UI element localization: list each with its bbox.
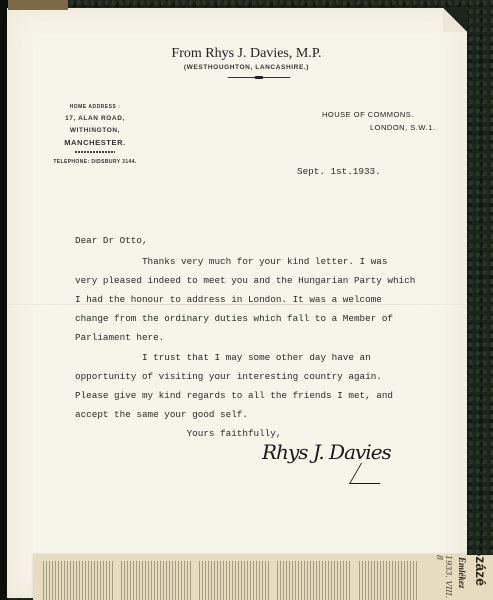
letter-date: Sept. 1st.1933. [297, 166, 381, 177]
home-address-line: 17, ALAN ROAD, [30, 113, 160, 125]
letter-closing: Yours faithfully, [75, 428, 281, 439]
letter-body-line: accept the same your good self. [75, 409, 248, 420]
clipping-text-column [359, 561, 419, 600]
letter-body-line: I had the honour to address in London. I… [75, 294, 382, 305]
home-address-block: HOME ADDRESS : 17, ALAN ROAD, WITHINGTON… [30, 104, 160, 165]
clipping-handwritten-date: 1933. VIII. 8 [435, 555, 453, 600]
home-address-label: HOME ADDRESS : [30, 104, 160, 110]
letter-body-line: I trust that I may some other day have a… [75, 352, 371, 363]
folded-corner [443, 8, 467, 32]
home-address-line: MANCHESTER. [30, 137, 160, 149]
clipping-text-column [121, 561, 193, 600]
home-address-line: WITHINGTON, [30, 125, 160, 137]
handwritten-signature: Rhys J. Davies [262, 440, 391, 464]
clipping-subhead: Emlékez [457, 557, 467, 589]
letter-body-line: very pleased indeed to meet you and the … [75, 275, 415, 286]
letter-body-line: Please give my kind regards to all the f… [75, 390, 393, 401]
office-address-line2: LONDON, S.W.1. [370, 123, 435, 132]
letterhead-ornament-rule [228, 77, 290, 78]
letter-body-line: change from the ordinary duties which fa… [75, 313, 393, 324]
clipping-text-column [199, 561, 271, 600]
office-address-block: HOUSE OF COMMONS. LONDON, S.W.1. [322, 110, 414, 119]
clipping-headline: Százé [473, 555, 489, 586]
clipping-text-column [43, 561, 113, 600]
letter-body-line: Parliament here. [75, 332, 164, 343]
clipping-text-column [277, 561, 351, 600]
telephone-line: TELEPHONE: DIDSBURY 3144. [30, 159, 160, 165]
letterhead-constituency: (WESTHOUGHTON, LANCASHIRE.) [0, 64, 493, 71]
newspaper-clipping: Emlékez 1933. VIII. 8 Százé [33, 555, 493, 600]
letterhead-sender: From Rhys J. Davies, M.P. [0, 46, 493, 62]
ornament-divider [75, 151, 115, 153]
letter-body-line: opportunity of visiting your interesting… [75, 371, 382, 382]
letter-body-line: Thanks very much for your kind letter. I… [75, 256, 387, 267]
letter-salutation: Dear Dr Otto, [75, 235, 148, 246]
office-address-line1: HOUSE OF COMMONS. [322, 110, 414, 119]
scan-edge-strip [8, 0, 68, 10]
